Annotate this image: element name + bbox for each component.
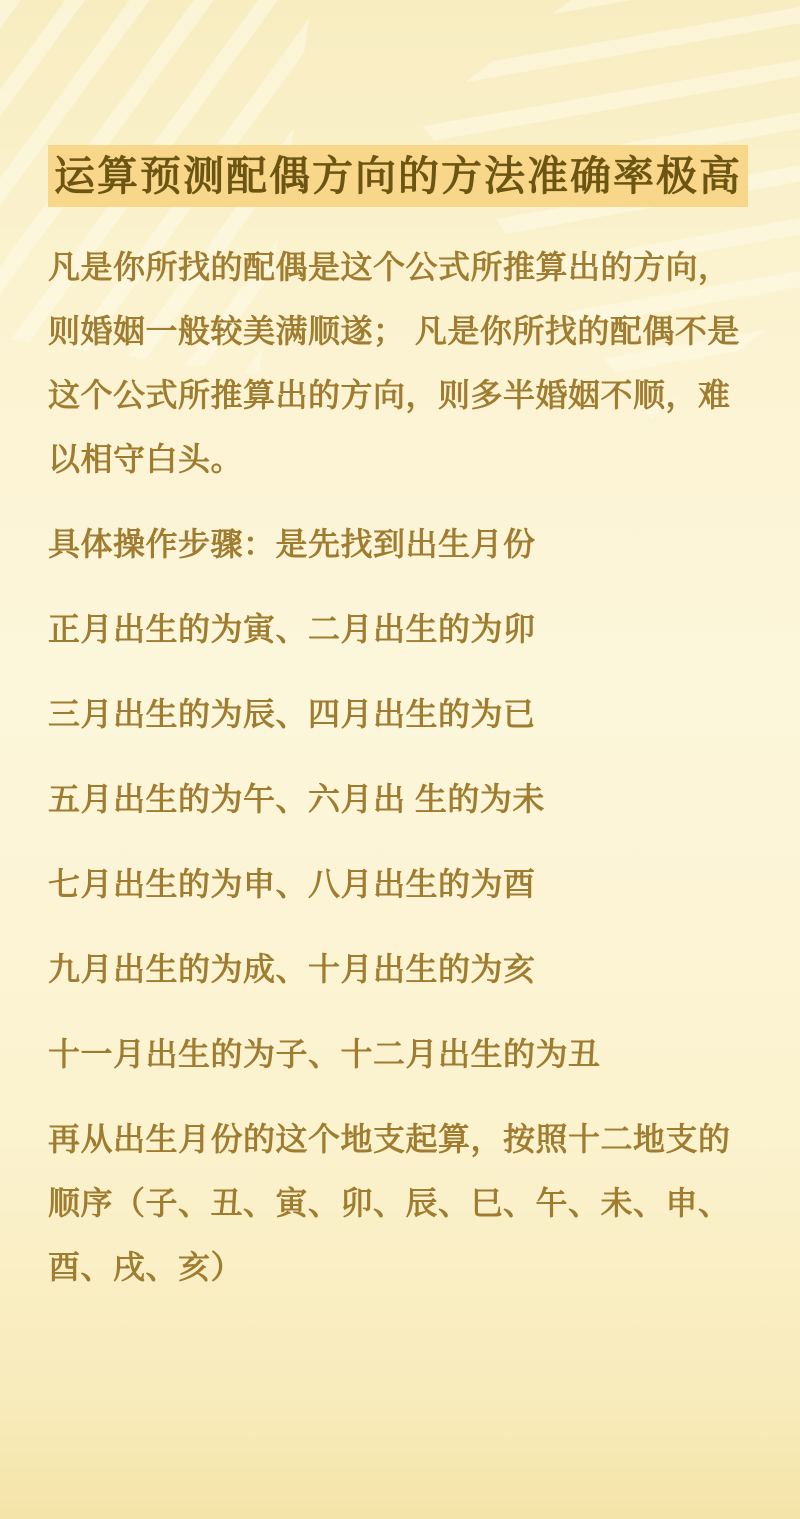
paragraph: 凡是你所找的配偶是这个公式所推算出的方向，则婚姻一般较美满顺遂； 凡是你所找的配…: [48, 235, 752, 491]
paragraph: 十一月出生的为子、十二月出生的为丑: [48, 1022, 752, 1086]
paragraph: 正月出生的为寅、二月出生的为卯: [48, 597, 752, 661]
title-highlight: 运算预测配偶方向的方法准确率极高: [48, 145, 748, 207]
paragraph: 三月出生的为辰、四月出生的为已: [48, 682, 752, 746]
paragraph: 九月出生的为成、十月出生的为亥: [48, 937, 752, 1001]
page-title: 运算预测配偶方向的方法准确率极高: [48, 145, 752, 207]
paragraph: 具体操作步骤：是先找到出生月份: [48, 512, 752, 576]
article-body: 凡是你所找的配偶是这个公式所推算出的方向，则婚姻一般较美满顺遂； 凡是你所找的配…: [48, 235, 752, 1299]
paragraph: 再从出生月份的这个地支起算，按照十二地支的顺序（子、丑、寅、卯、辰、巳、午、未、…: [48, 1107, 752, 1299]
text-card: 运算预测配偶方向的方法准确率极高 凡是你所找的配偶是这个公式所推算出的方向，则婚…: [0, 0, 800, 1519]
paragraph: 五月出生的为午、六月出 生的为未: [48, 767, 752, 831]
paragraph: 七月出生的为申、八月出生的为酉: [48, 852, 752, 916]
